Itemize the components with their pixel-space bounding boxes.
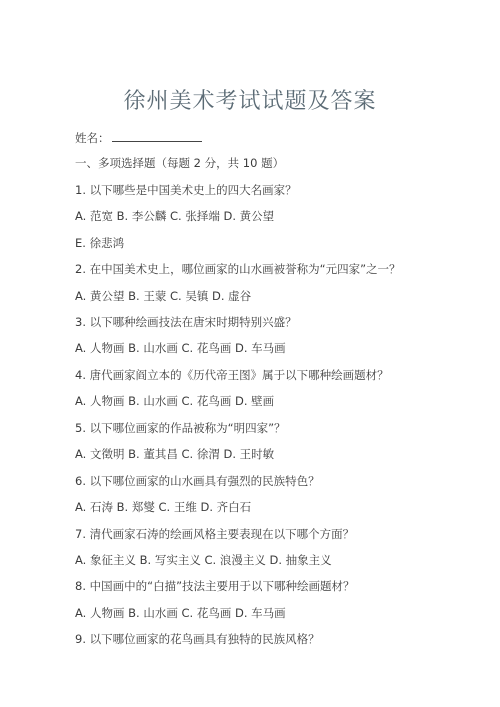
question-8: 8. 中国画中的“白描”技法主要用于以下哪种绘画题材？ — [75, 578, 355, 594]
name-blank-line — [112, 131, 202, 142]
question-2: 2. 在中国美术史上，哪位画家的山水画被誉称为“元四家”之一？ — [75, 261, 401, 277]
question-7: 7. 清代画家石涛的绘画风格主要表现在以下哪个方面？ — [75, 526, 354, 542]
question-2-options: A. 黄公望 B. 王蒙 C. 吴镇 D. 虚谷 — [75, 288, 251, 304]
document-page: 徐州美术考试试题及答案 姓名： 一、多项选择题（每题 2 分，共 10 题） 1… — [0, 0, 500, 707]
name-label: 姓名： — [75, 131, 110, 145]
question-6-options: A. 石涛 B. 郑燮 C. 王维 D. 齐白石 — [75, 499, 251, 515]
question-1-options-extra: E. 徐悲鸿 — [75, 235, 124, 251]
question-5: 5. 以下哪位画家的作品被称为“明四家”？ — [75, 420, 286, 436]
question-9: 9. 以下哪位画家的花鸟画具有独特的民族风格？ — [75, 631, 320, 647]
question-6: 6. 以下哪位画家的山水画具有强烈的民族特色？ — [75, 473, 320, 489]
question-3: 3. 以下哪种绘画技法在唐宋时期特别兴盛？ — [75, 314, 297, 330]
question-8-options: A. 人物画 B. 山水画 C. 花鸟画 D. 车马画 — [75, 605, 286, 621]
question-3-options: A. 人物画 B. 山水画 C. 花鸟画 D. 车马画 — [75, 340, 286, 356]
section-heading: 一、多项选择题（每题 2 分，共 10 题） — [75, 155, 284, 171]
question-1: 1. 以下哪些是中国美术史上的四大名画家？ — [75, 182, 297, 198]
question-4-options: A. 人物画 B. 山水画 C. 花鸟画 D. 壁画 — [75, 393, 274, 409]
page-title: 徐州美术考试试题及答案 — [0, 84, 500, 115]
question-1-options: A. 范宽 B. 李公麟 C. 张择端 D. 黄公望 — [75, 208, 274, 224]
question-4: 4. 唐代画家阎立本的《历代帝王图》属于以下哪种绘画题材？ — [75, 367, 389, 383]
question-7-options: A. 象征主义 B. 写实主义 C. 浪漫主义 D. 抽象主义 — [75, 552, 332, 568]
question-5-options: A. 文徵明 B. 董其昌 C. 徐渭 D. 王时敏 — [75, 446, 274, 462]
name-field-row: 姓名： — [75, 130, 202, 146]
